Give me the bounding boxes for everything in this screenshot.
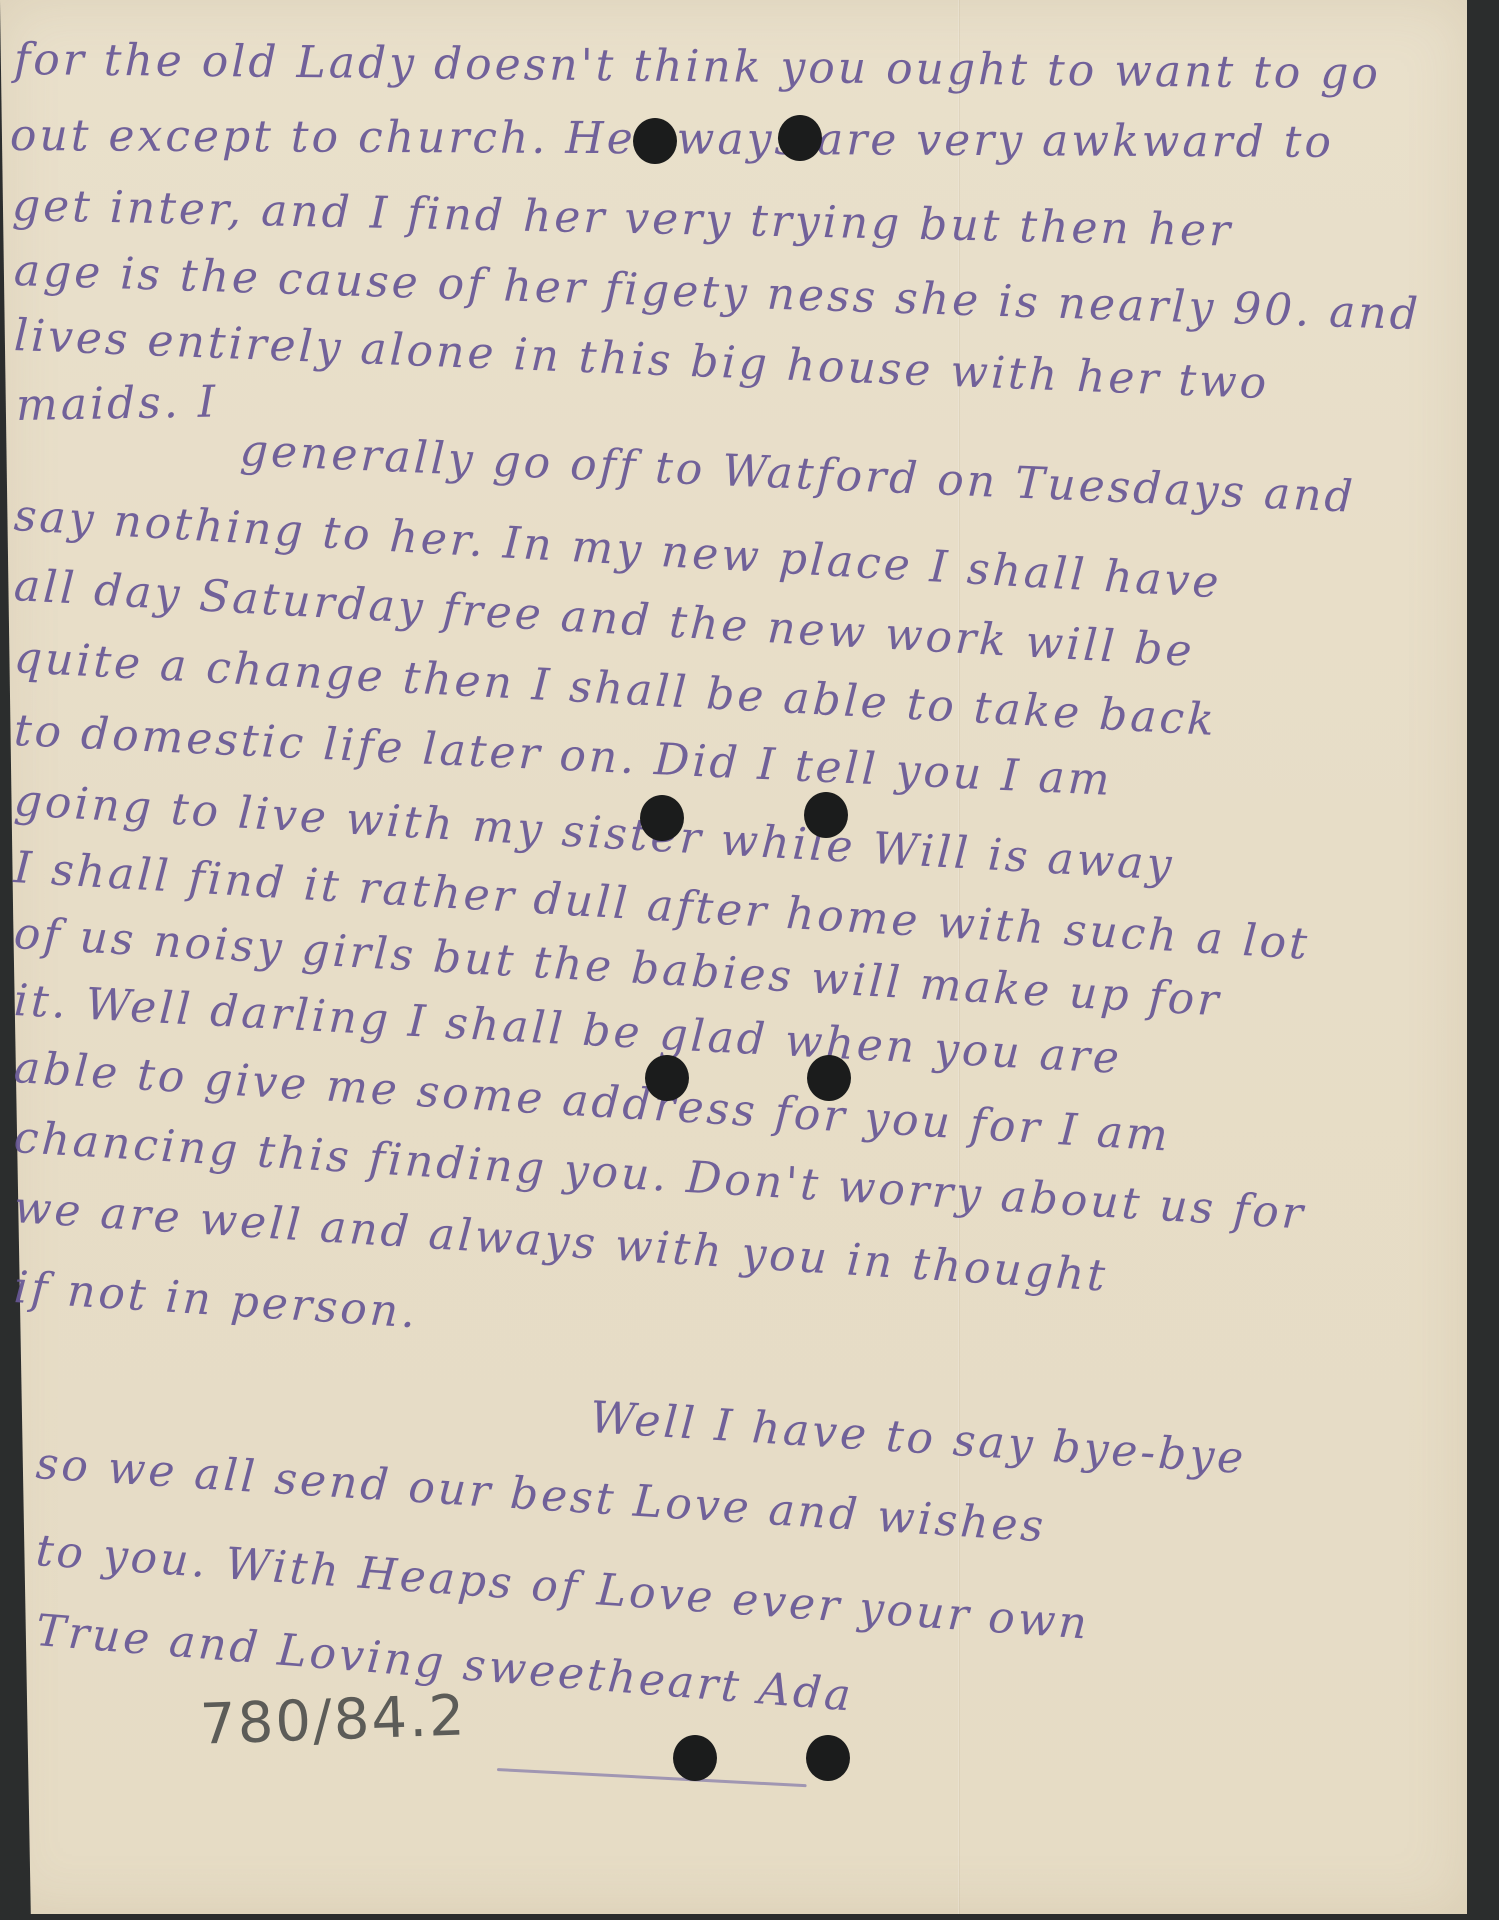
- punch-hole: [633, 118, 677, 164]
- punch-hole: [640, 795, 684, 841]
- archive-reference-number: 780/84.2: [199, 1683, 468, 1757]
- letter-line-6: maids. I: [16, 376, 219, 431]
- punch-hole: [804, 792, 848, 838]
- punch-hole: [645, 1055, 689, 1101]
- punch-hole: [778, 115, 822, 161]
- punch-hole: [807, 1055, 851, 1101]
- punch-hole: [806, 1735, 850, 1781]
- punch-hole: [673, 1735, 717, 1781]
